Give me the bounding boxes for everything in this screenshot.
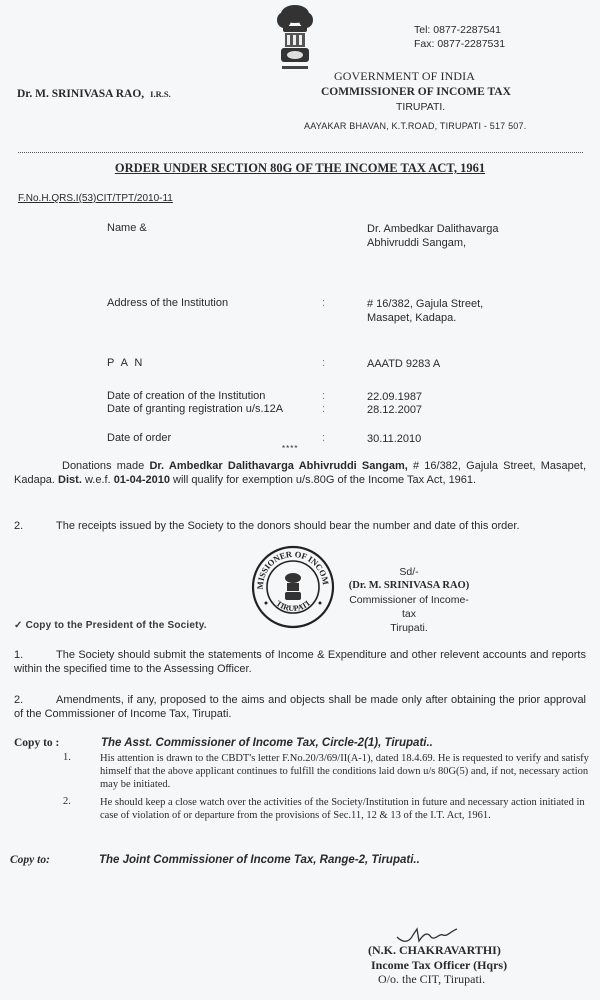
telephone-number: Tel: 0877-2287541 — [414, 24, 501, 37]
text: Donations made — [62, 460, 149, 472]
file-number: F.No.H.QRS.I(53)CIT/TPT/2010-11 — [18, 193, 173, 204]
condition-item: 2.Amendments, if any, proposed to the ai… — [14, 693, 586, 721]
officer-name-text: Dr. M. SRINIVASA RAO, — [17, 88, 144, 100]
detail-label-date-of-order: Date of order — [107, 432, 171, 444]
detail-value-name: Dr. Ambedkar Dalithavarga Abhivruddi San… — [367, 222, 498, 250]
donations-paragraph: Donations made Dr. Ambedkar Dalithavarga… — [14, 459, 586, 487]
copy-item-text: He should keep a close watch over the ac… — [100, 796, 600, 822]
text: w.e.f. — [82, 474, 114, 486]
signed-mark: Sd/- — [345, 565, 473, 579]
government-heading: GOVERNMENT OF INDIA — [334, 69, 475, 84]
paragraph-number: 2. — [14, 519, 56, 533]
detail-value-address: # 16/382, Gajula Street, Masapet, Kadapa… — [367, 297, 483, 325]
copy-item-number: 1. — [63, 752, 71, 763]
value-line: Abhivruddi Sangam, — [367, 236, 498, 250]
ito-designation: Income Tax Officer (Hqrs) — [368, 958, 507, 973]
value-line: # 16/382, Gajula Street, — [367, 297, 483, 311]
section-separator: **** — [282, 444, 298, 453]
detail-colon: : — [322, 297, 325, 309]
signatory-designation: Commissioner of Income-tax — [345, 593, 473, 621]
detail-colon: : — [322, 390, 325, 402]
state-emblem-of-india-icon — [270, 2, 320, 82]
svg-text:TIRUPATI: TIRUPATI — [274, 599, 311, 613]
fax-number: Fax: 0877-2287531 — [414, 38, 505, 50]
detail-colon: : — [322, 403, 325, 415]
header-divider — [18, 152, 583, 153]
text: Dist. — [58, 474, 82, 486]
office-address: AAYAKAR BHAVAN, K.T.ROAD, TIRUPATI - 517… — [304, 121, 526, 131]
condition-number: 2. — [14, 693, 56, 707]
copy-to-label: Copy to : — [14, 737, 59, 749]
detail-label-pan: P A N — [107, 357, 144, 369]
signatory-name: (Dr. M. SRINIVASA RAO) — [345, 579, 473, 593]
value-line: Masapet, Kadapa. — [367, 311, 483, 325]
detail-value-date-of-creation: 22.09.1987 — [367, 390, 422, 404]
detail-value-pan: AAATD 9283 A — [367, 357, 440, 371]
officer-service: I.R.S. — [150, 89, 171, 99]
condition-number: 1. — [14, 648, 56, 662]
ito-signature-block: (N.K. CHAKRAVARTHI) Income Tax Officer (… — [368, 943, 507, 987]
detail-label-name: Name & — [107, 222, 147, 234]
effective-date: 01-04-2010 — [114, 474, 170, 486]
paragraph-text: The receipts issued by the Society to th… — [56, 520, 520, 532]
ito-office: O/o. the CIT, Tirupati. — [368, 972, 507, 987]
detail-value-registration-date: 28.12.2007 — [367, 403, 422, 417]
institution-name: Dr. Ambedkar Dalithavarga Abhivruddi San… — [149, 460, 407, 472]
condition-text: The Society should submit the statements… — [14, 649, 586, 675]
copy-item-number: 2. — [63, 796, 71, 807]
copy-recipient-asst-commissioner: The Asst. Commissioner of Income Tax, Ci… — [101, 737, 433, 749]
detail-value-date-of-order: 30.11.2010 — [367, 432, 421, 446]
ito-name: (N.K. CHAKRAVARTHI) — [368, 943, 507, 958]
copy-item-text: His attention is drawn to the CBDT's let… — [100, 752, 600, 791]
detail-colon: : — [322, 357, 325, 369]
text: will qualify for exemption u/s.80G of th… — [170, 474, 476, 486]
order-title: ORDER UNDER SECTION 80G OF THE INCOME TA… — [0, 161, 600, 176]
receipts-paragraph: 2.The receipts issued by the Society to … — [14, 519, 586, 533]
copy-to-label: Copy to: — [10, 854, 50, 866]
copy-recipient-joint-commissioner: The Joint Commissioner of Income Tax, Ra… — [99, 854, 420, 866]
value-line: Dr. Ambedkar Dalithavarga — [367, 222, 498, 236]
condition-item: 1.The Society should submit the statemen… — [14, 648, 586, 676]
office-city: TIRUPATI. — [396, 101, 445, 113]
detail-label-address: Address of the Institution — [107, 297, 228, 309]
detail-colon: : — [322, 432, 325, 444]
signatory-place: Tirupati. — [345, 621, 473, 635]
office-heading: COMMISSIONER OF INCOME TAX — [321, 86, 511, 98]
copy-label-text: Copy to the President of the Society. — [26, 620, 207, 631]
copy-to-president-label: ✓ Copy to the President of the Society. — [14, 620, 207, 631]
commissioner-of-income-tax-seal-icon: COMMISSIONER OF INCOME TAX TIRUPATI — [251, 545, 335, 629]
condition-text: Amendments, if any, proposed to the aims… — [14, 694, 586, 720]
detail-label-registration-date: Date of granting registration u/s.12A — [107, 403, 283, 415]
commissioner-signature-block: Sd/- (Dr. M. SRINIVASA RAO) Commissioner… — [345, 565, 473, 635]
issuing-officer-name: Dr. M. SRINIVASA RAO,I.R.S. — [17, 88, 171, 100]
detail-label-date-of-creation: Date of creation of the Institution — [107, 390, 265, 402]
